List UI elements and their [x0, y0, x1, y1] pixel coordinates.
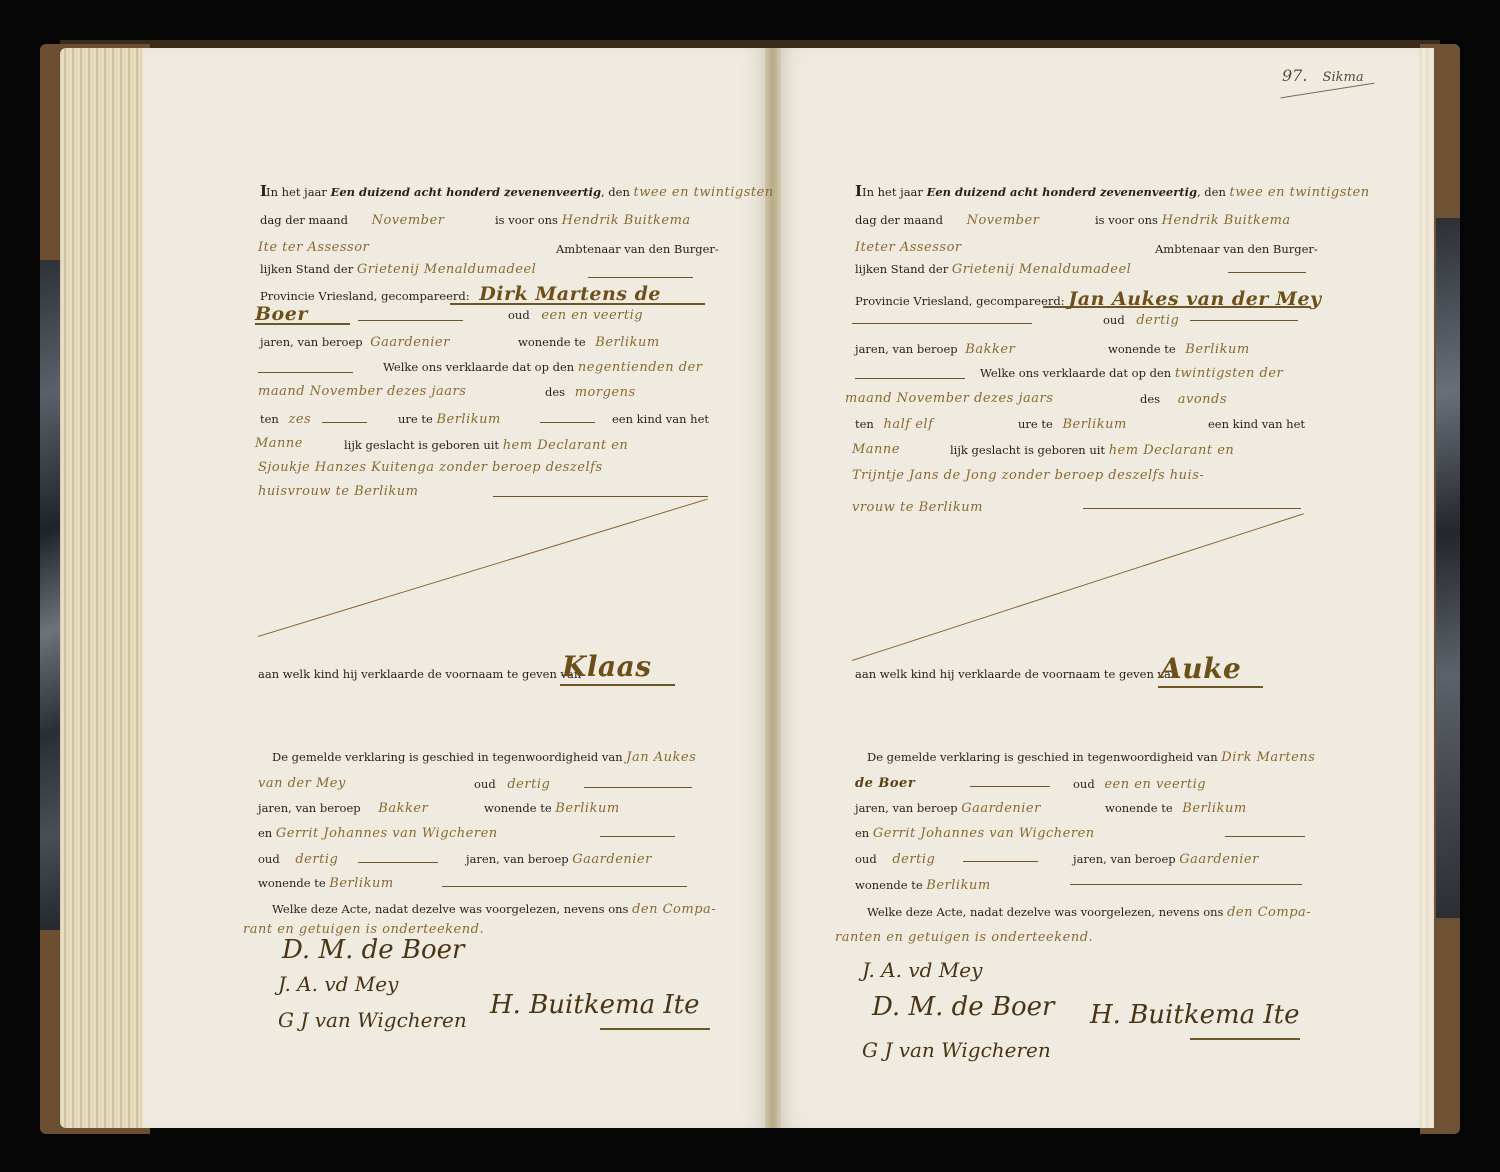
page-number-value: 97. [1282, 66, 1307, 85]
label: , den [601, 185, 630, 199]
marbled-board-right [1436, 218, 1460, 918]
label: Provincie Vriesland, gecompareerd: [855, 294, 1065, 308]
label: dag der maand [855, 213, 943, 227]
handwritten-witness2-occupation: Gaardenier [572, 852, 652, 867]
label: lijk geslacht is geboren uit [950, 443, 1105, 457]
fill-line [1190, 320, 1298, 321]
label: is voor ons [495, 213, 558, 227]
fill-line [358, 320, 463, 321]
label: wonende te [1105, 801, 1173, 815]
label: Provincie Vriesland, gecompareerd: [260, 289, 470, 303]
fill-line [322, 422, 367, 423]
handwritten-witness1-surname: de Boer [855, 776, 915, 791]
fill-line [450, 303, 705, 305]
handwritten-witness1-residence: Berlikum [555, 801, 619, 816]
label: wonende te [855, 878, 923, 892]
handwritten-closing: den Compa- [632, 902, 716, 917]
label: is voor ons [1095, 213, 1158, 227]
label: lijken Stand der [260, 262, 353, 276]
handwritten-birth-month: maand November dezes jaars [258, 384, 466, 399]
left-page [143, 48, 768, 1128]
handwritten-sex: Manne [255, 436, 303, 451]
year-printed: Een duizend acht honderd zevenenveertig [331, 185, 601, 199]
page-number-note: Sikma [1323, 70, 1364, 85]
label: des [545, 385, 565, 399]
label: Ambtenaar van den Burger- [1155, 242, 1318, 256]
handwritten-witness1: Dirk Martens [1221, 750, 1315, 765]
label: ten [855, 417, 874, 431]
fill-line [852, 323, 1032, 324]
handwritten-declarant: Dirk Martens de [479, 283, 661, 305]
label: Welke ons verklaarde dat op den [980, 366, 1171, 380]
page-edges-left [60, 48, 150, 1128]
handwritten-occupation: Gaardenier [370, 335, 450, 350]
handwritten-mother-residence: vrouw te Berlikum [852, 500, 983, 515]
signature-witness1: J. A. vd Mey [862, 958, 982, 982]
handwritten-age: dertig [1136, 313, 1179, 328]
label: jaren, van beroep [855, 342, 958, 356]
handwritten-witness2-occupation: Gaardenier [1179, 852, 1259, 867]
handwritten-day: twee en twintigsten [634, 185, 774, 200]
fill-line [255, 323, 350, 325]
label: ure te [1018, 417, 1053, 431]
label: oud [855, 852, 877, 866]
fill-line [1070, 884, 1302, 885]
fill-line [560, 684, 675, 686]
handwritten-mother: Trijntje Jans de Jong zonder beroep desz… [852, 468, 1204, 483]
label: ure te [398, 412, 433, 426]
label: jaren, van beroep [466, 852, 569, 866]
fill-line [963, 861, 1038, 862]
fill-line [493, 496, 708, 497]
handwritten-witness2: Gerrit Johannes van Wigcheren [873, 826, 1095, 841]
fill-line [1158, 686, 1263, 688]
handwritten-residence: Berlikum [595, 335, 659, 350]
book-gutter [765, 48, 781, 1128]
label: , den [1197, 185, 1226, 199]
label: In het jaar [266, 185, 327, 199]
page-number: 97. Sikma [1282, 66, 1364, 85]
fill-line [540, 422, 595, 423]
label: des [1140, 392, 1160, 406]
label: Ambtenaar van den Burger- [556, 242, 719, 256]
handwritten-official: Hendrik Buitkema [562, 213, 691, 228]
label: In het jaar [862, 185, 923, 199]
fill-line [970, 786, 1050, 787]
handwritten-witness1: Jan Aukes [626, 750, 696, 765]
label: wonende te [1108, 342, 1176, 356]
signature-official: H. Buitkema Ite [490, 990, 700, 1020]
initial-letter: I [855, 182, 862, 200]
handwritten-birth-day: twintigsten der [1175, 366, 1283, 381]
signature-underline [1190, 1038, 1300, 1040]
handwritten-witness1-occupation: Gaardenier [961, 801, 1041, 816]
label: jaren, van beroep [260, 335, 363, 349]
label: een kind van het [612, 412, 709, 426]
handwritten-birth-place: Berlikum [436, 412, 500, 427]
handwritten-residence: Berlikum [1185, 342, 1249, 357]
handwritten-witness2-residence: Berlikum [926, 878, 990, 893]
fill-line [600, 836, 675, 837]
year-printed: Een duizend acht honderd zevenenveertig [927, 185, 1197, 199]
fill-line [1083, 508, 1301, 509]
label: oud [258, 852, 280, 866]
handwritten-hour: zes [289, 412, 312, 427]
fill-line [1043, 306, 1311, 308]
signature-official: H. Buitkema Ite [1090, 1000, 1300, 1030]
label: en [258, 826, 272, 840]
signature-witness2: G J van Wigcheren [278, 1008, 467, 1032]
handwritten-witness2-age: dertig [892, 852, 935, 867]
label: oud [1073, 777, 1095, 791]
handwritten-witness1-age: dertig [507, 777, 550, 792]
label: oud [508, 308, 530, 322]
label: wonende te [258, 876, 326, 890]
fill-line [258, 372, 353, 373]
handwritten-occupation: Bakker [965, 342, 1015, 357]
label: een kind van het [1208, 417, 1305, 431]
label: lijk geslacht is geboren uit [344, 438, 499, 452]
handwritten-official-title: Ite ter Assessor [258, 240, 369, 255]
label: jaren, van beroep [258, 801, 361, 815]
fill-line [588, 277, 693, 278]
handwritten-month: November [372, 213, 445, 228]
label: oud [474, 777, 496, 791]
handwritten-parents: hem Declarant en [503, 438, 629, 453]
label: wonende te [484, 801, 552, 815]
label: Welke deze Acte, nadat dezelve was voorg… [272, 902, 628, 916]
fill-line [442, 886, 687, 887]
signature-witness2: G J van Wigcheren [862, 1038, 1051, 1062]
handwritten-municipality: Grietenij Menaldumadeel [952, 262, 1131, 277]
signature-declarant: D. M. de Boer [872, 992, 1054, 1022]
handwritten-daypart: morgens [575, 385, 636, 400]
fill-line [358, 862, 438, 863]
label: wonende te [518, 335, 586, 349]
label: De gemelde verklaring is geschied in teg… [867, 750, 1218, 764]
handwritten-witness1-occupation: Bakker [378, 801, 428, 816]
label: jaren, van beroep [855, 801, 958, 815]
handwritten-witness1-residence: Berlikum [1182, 801, 1246, 816]
label: aan welk kind hij verklaarde de voornaam… [855, 667, 1178, 681]
handwritten-birth-place: Berlikum [1062, 417, 1126, 432]
label: Welke ons verklaarde dat op den [383, 360, 574, 374]
handwritten-birth-day: negentienden der [578, 360, 703, 375]
handwritten-day: twee en twintigsten [1230, 185, 1370, 200]
fill-line [584, 787, 692, 788]
handwritten-official-title: Iteter Assessor [855, 240, 962, 255]
handwritten-official: Hendrik Buitkema [1162, 213, 1291, 228]
handwritten-municipality: Grietenij Menaldumadeel [357, 262, 536, 277]
signature-underline [600, 1028, 710, 1030]
handwritten-month: November [967, 213, 1040, 228]
handwritten-mother-residence: huisvrouw te Berlikum [258, 484, 419, 499]
handwritten-child-name: Auke [1160, 652, 1241, 685]
handwritten-birth-month: maand November dezes jaars [845, 391, 1053, 406]
fill-line [1228, 272, 1306, 273]
signature-declarant: D. M. de Boer [282, 935, 464, 965]
signature-witness1: J. A. vd Mey [278, 972, 398, 996]
label: aan welk kind hij verklaarde de voornaam… [258, 667, 581, 681]
handwritten-sex: Manne [852, 442, 900, 457]
label: ten [260, 412, 279, 426]
handwritten-witness1-surname: van der Mey [258, 776, 346, 791]
fill-line [1225, 836, 1305, 837]
handwritten-witness2-age: dertig [295, 852, 338, 867]
label: lijken Stand der [855, 262, 948, 276]
handwritten-witness2: Gerrit Johannes van Wigcheren [276, 826, 498, 841]
handwritten-closing: den Compa- [1227, 905, 1311, 920]
handwritten-mother: Sjoukje Hanzes Kuitenga zonder beroep de… [258, 460, 603, 475]
handwritten-child-name: Klaas [562, 650, 652, 683]
label: De gemelde verklaring is geschied in teg… [272, 750, 623, 764]
handwritten-parents: hem Declarant en [1109, 443, 1235, 458]
label: en [855, 826, 869, 840]
handwritten-witness1-age: een en veertig [1104, 777, 1206, 792]
handwritten-declarant-surname: Boer [255, 303, 308, 325]
handwritten-daypart: avonds [1178, 392, 1227, 407]
label: dag der maand [260, 213, 348, 227]
handwritten-witness2-residence: Berlikum [329, 876, 393, 891]
label: oud [1103, 313, 1125, 327]
handwritten-age: een en veertig [541, 308, 643, 323]
label: Welke deze Acte, nadat dezelve was voorg… [867, 905, 1223, 919]
fill-line [855, 378, 965, 379]
label: jaren, van beroep [1073, 852, 1176, 866]
handwritten-closing-2: ranten en getuigen is onderteekend. [835, 930, 1093, 945]
handwritten-hour: half elf [884, 417, 934, 432]
